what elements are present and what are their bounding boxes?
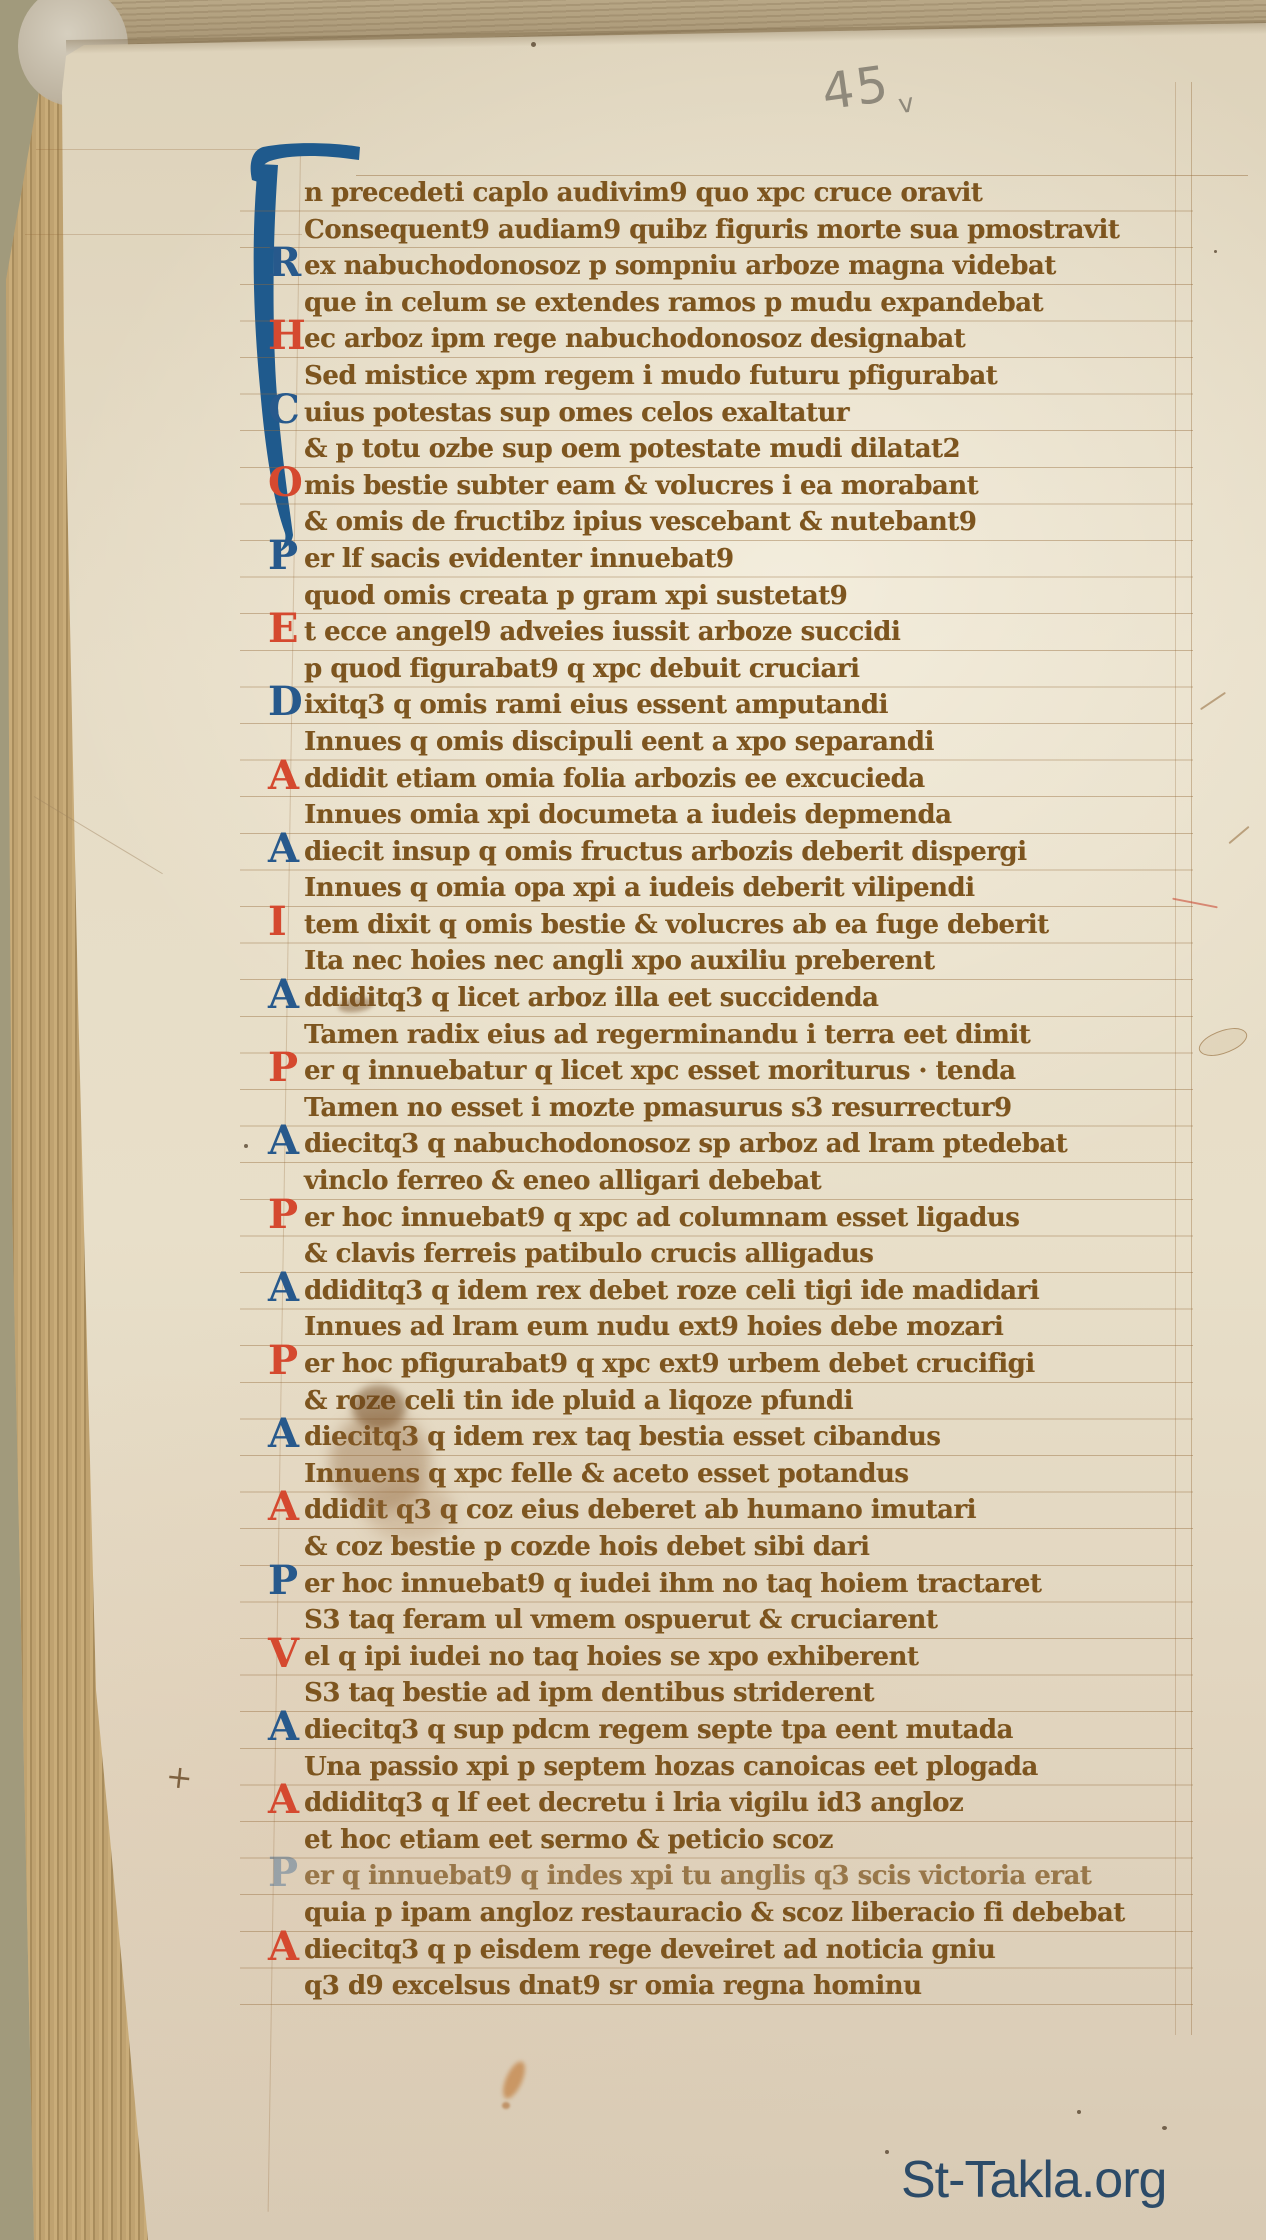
line-text: ixitq3 q omis rami eius essent amputandi	[304, 687, 888, 724]
line-initial: A	[268, 1268, 299, 1308]
line-text: er q innuebatur q licet xpc esset moritu…	[304, 1053, 1015, 1090]
text-block: n precedeti caplo audivim9 quo xpc cruce…	[240, 175, 1193, 2005]
text-line: Adiecit insup q omis fructus arbozis deb…	[240, 834, 1193, 871]
line-text: quia p ipam angloz restauracio & scoz li…	[304, 1895, 1125, 1932]
text-line: Per hoc innuebat9 q iudei ihm no taq hoi…	[240, 1566, 1193, 1603]
manuscript-photo: { "folio": { "digits": "45", "suffix": "…	[0, 0, 1266, 2240]
text-line: Innues ad lram eum nudu ext9 hoies debe …	[240, 1309, 1193, 1346]
text-line: Innues q omis discipuli eent a xpo separ…	[240, 724, 1193, 761]
text-line: Cuius potestas sup omes celos exaltatur	[240, 395, 1193, 432]
text-line: Innues omia xpi documeta a iudeis depmen…	[240, 797, 1193, 834]
text-line: Per q innuebat9 q indes xpi tu anglis q3…	[240, 1858, 1193, 1895]
text-line: Ita nec hoies nec angli xpo auxiliu preb…	[240, 943, 1193, 980]
text-line: Adiecitq3 q sup pdcm regem septe tpa een…	[240, 1712, 1193, 1749]
text-line: & p totu ozbe sup oem potestate mudi dil…	[240, 431, 1193, 468]
line-text: quod omis creata p gram xpi sustetat9	[304, 578, 847, 615]
text-line: q3 d9 excelsus dnat9 sr omia regna homin…	[240, 1968, 1193, 2005]
line-text: el q ipi iudei no taq hoies se xpo exhib…	[304, 1639, 918, 1676]
text-line: Tamen no esset i mozte pmasurus s3 resur…	[240, 1090, 1193, 1127]
line-text: q3 d9 excelsus dnat9 sr omia regna homin…	[304, 1968, 921, 2005]
margin-cross-mark: +	[164, 1757, 195, 1798]
line-text: diecitq3 q p eisdem rege deveiret ad not…	[304, 1932, 995, 1969]
line-text: que in celum se extendes ramos p mudu ex…	[304, 285, 1043, 322]
line-text: Sed mistice xpm regem i mudo futuru pfig…	[304, 358, 997, 395]
line-text: et hoc etiam eet sermo & peticio scoz	[304, 1822, 833, 1859]
speck	[1214, 250, 1217, 253]
line-initial: E	[268, 609, 299, 649]
line-text: vinclo ferreo & eneo alligari debebat	[304, 1163, 821, 1200]
text-line: Tamen radix eius ad regerminandu i terra…	[240, 1017, 1193, 1054]
text-line: Omis bestie subter eam & volucres i ea m…	[240, 468, 1193, 505]
line-initial: A	[268, 1121, 299, 1161]
line-initial: A	[268, 829, 299, 869]
line-initial: D	[268, 682, 303, 722]
line-text: Una passio xpi p septem hozas canoicas e…	[304, 1749, 1038, 1786]
text-line: & clavis ferreis patibulo crucis alligad…	[240, 1236, 1193, 1273]
line-text: er q innuebat9 q indes xpi tu anglis q3 …	[304, 1858, 1091, 1895]
line-text: ddiditq3 q idem rex debet roze celi tigi…	[304, 1273, 1039, 1310]
watermark: St-Takla.org	[901, 2150, 1166, 2210]
line-initial: P	[268, 1853, 298, 1893]
speck	[244, 1144, 248, 1148]
line-text: Ita nec hoies nec angli xpo auxiliu preb…	[304, 943, 935, 980]
line-text: & clavis ferreis patibulo crucis alligad…	[304, 1236, 873, 1273]
line-text: ddidit etiam omia folia arbozis ee excuc…	[304, 761, 925, 798]
text-line: S3 taq feram ul vmem ospuerut & cruciare…	[240, 1602, 1193, 1639]
text-line: Addiditq3 q idem rex debet roze celi tig…	[240, 1273, 1193, 1310]
stain	[366, 1480, 454, 1542]
line-text: ddiditq3 q licet arboz illa eet succiden…	[304, 980, 878, 1017]
line-text: t ecce angel9 adveies iussit arboze succ…	[304, 614, 900, 651]
line-text: S3 taq feram ul vmem ospuerut & cruciare…	[304, 1602, 937, 1639]
text-line: Per hoc innuebat9 q xpc ad columnam esse…	[240, 1200, 1193, 1237]
text-line: Rex nabuchodonosoz p sompniu arboze magn…	[240, 248, 1193, 285]
line-text: er hoc innuebat9 q xpc ad columnam esset…	[304, 1200, 1019, 1237]
line-text: uius potestas sup omes celos exaltatur	[304, 395, 849, 432]
line-initial: A	[268, 1707, 299, 1747]
line-initial: H	[268, 316, 306, 356]
text-line: n precedeti caplo audivim9 quo xpc cruce…	[240, 175, 1193, 212]
text-line: vinclo ferreo & eneo alligari debebat	[240, 1163, 1193, 1200]
text-line: Per q innuebatur q licet xpc esset morit…	[240, 1053, 1193, 1090]
line-text: diecitq3 q sup pdcm regem septe tpa eent…	[304, 1712, 1013, 1749]
text-line: Per hoc pfigurabat9 q xpc ext9 urbem deb…	[240, 1346, 1193, 1383]
line-initial: A	[268, 1414, 299, 1454]
text-line: Hec arboz ipm rege nabuchodonosoz design…	[240, 321, 1193, 358]
text-line: Sed mistice xpm regem i mudo futuru pfig…	[240, 358, 1193, 395]
text-line: Dixitq3 q omis rami eius essent amputand…	[240, 687, 1193, 724]
speck	[1077, 2110, 1081, 2114]
line-initial: P	[268, 536, 298, 576]
line-initial: O	[268, 463, 303, 503]
line-initial: A	[268, 975, 299, 1015]
text-line: quod omis creata p gram xpi sustetat9	[240, 578, 1193, 615]
text-line: et hoc etiam eet sermo & peticio scoz	[240, 1822, 1193, 1859]
text-line: quia p ipam angloz restauracio & scoz li…	[240, 1895, 1193, 1932]
text-line: Et ecce angel9 adveies iussit arboze suc…	[240, 614, 1193, 651]
line-initial: A	[268, 756, 299, 796]
folio-number: 45v	[818, 53, 908, 122]
text-line: Item dixit q omis bestie & volucres ab e…	[240, 907, 1193, 944]
speck	[1162, 2126, 1167, 2130]
text-line: Adiecitq3 q p eisdem rege deveiret ad no…	[240, 1932, 1193, 1969]
line-text: S3 taq bestie ad ipm dentibus striderent	[304, 1675, 874, 1712]
folio-digits: 45	[818, 55, 893, 122]
line-initial: P	[268, 1561, 298, 1601]
text-line: Consequent9 audiam9 quibz figuris morte …	[240, 212, 1193, 249]
line-initial: I	[268, 902, 287, 942]
line-text: Tamen no esset i mozte pmasurus s3 resur…	[304, 1090, 1011, 1127]
line-initial: P	[268, 1195, 298, 1235]
line-text: Innues omia xpi documeta a iudeis depmen…	[304, 797, 951, 834]
line-text: diecitq3 q nabuchodonosoz sp arboz ad lr…	[304, 1126, 1067, 1163]
line-text: p quod figurabat9 q xpc debuit cruciari	[304, 651, 859, 688]
text-line: & omis de fructibz ipius vescebant & nut…	[240, 504, 1193, 541]
text-line: Adiecitq3 q nabuchodonosoz sp arboz ad l…	[240, 1126, 1193, 1163]
line-text: n precedeti caplo audivim9 quo xpc cruce…	[304, 175, 982, 212]
text-line: Vel q ipi iudei no taq hoies se xpo exhi…	[240, 1639, 1193, 1676]
text-line: p quod figurabat9 q xpc debuit cruciari	[240, 651, 1193, 688]
speck	[885, 2150, 889, 2154]
line-text: diecit insup q omis fructus arbozis debe…	[304, 834, 1026, 871]
line-text: ex nabuchodonosoz p sompniu arboze magna…	[304, 248, 1056, 285]
line-text: er hoc innuebat9 q iudei ihm no taq hoie…	[304, 1566, 1041, 1603]
text-line: Addiditq3 q licet arboz illa eet succide…	[240, 980, 1193, 1017]
text-line: Innues q omia opa xpi a iudeis deberit v…	[240, 870, 1193, 907]
line-text: & omis de fructibz ipius vescebant & nut…	[304, 504, 976, 541]
text-line: Una passio xpi p septem hozas canoicas e…	[240, 1749, 1193, 1786]
line-text: Innues q omis discipuli eent a xpo separ…	[304, 724, 934, 761]
line-text: ddiditq3 q lf eet decretu i lria vigilu …	[304, 1785, 963, 1822]
line-text: Consequent9 audiam9 quibz figuris morte …	[304, 212, 1119, 249]
line-text: ec arboz ipm rege nabuchodonosoz designa…	[304, 321, 965, 358]
line-text: mis bestie subter eam & volucres i ea mo…	[304, 468, 978, 505]
text-line: Addidit etiam omia folia arbozis ee excu…	[240, 761, 1193, 798]
line-initial: P	[268, 1048, 298, 1088]
stain	[502, 2102, 510, 2109]
text-line: S3 taq bestie ad ipm dentibus striderent	[240, 1675, 1193, 1712]
line-initial: A	[268, 1780, 299, 1820]
line-text: Innues q omia opa xpi a iudeis deberit v…	[304, 870, 974, 907]
text-line: que in celum se extendes ramos p mudu ex…	[240, 285, 1193, 322]
line-initial: V	[268, 1634, 299, 1674]
line-text: Tamen radix eius ad regerminandu i terra…	[304, 1017, 1030, 1054]
line-initial: C	[268, 390, 300, 430]
line-initial: A	[268, 1487, 299, 1527]
line-initial: P	[268, 1341, 298, 1381]
line-text: er lf sacis evidenter innuebat9	[304, 541, 734, 578]
line-initial: A	[268, 1927, 299, 1967]
text-line: Addiditq3 q lf eet decretu i lria vigilu…	[240, 1785, 1193, 1822]
line-text: Innues ad lram eum nudu ext9 hoies debe …	[304, 1309, 1003, 1346]
line-text: tem dixit q omis bestie & volucres ab ea…	[304, 907, 1049, 944]
line-text: er hoc pfigurabat9 q xpc ext9 urbem debe…	[304, 1346, 1035, 1383]
speck	[531, 42, 536, 47]
line-initial: R	[268, 243, 301, 283]
line-text: & p totu ozbe sup oem potestate mudi dil…	[304, 431, 960, 468]
text-line: Per lf sacis evidenter innuebat9	[240, 541, 1193, 578]
